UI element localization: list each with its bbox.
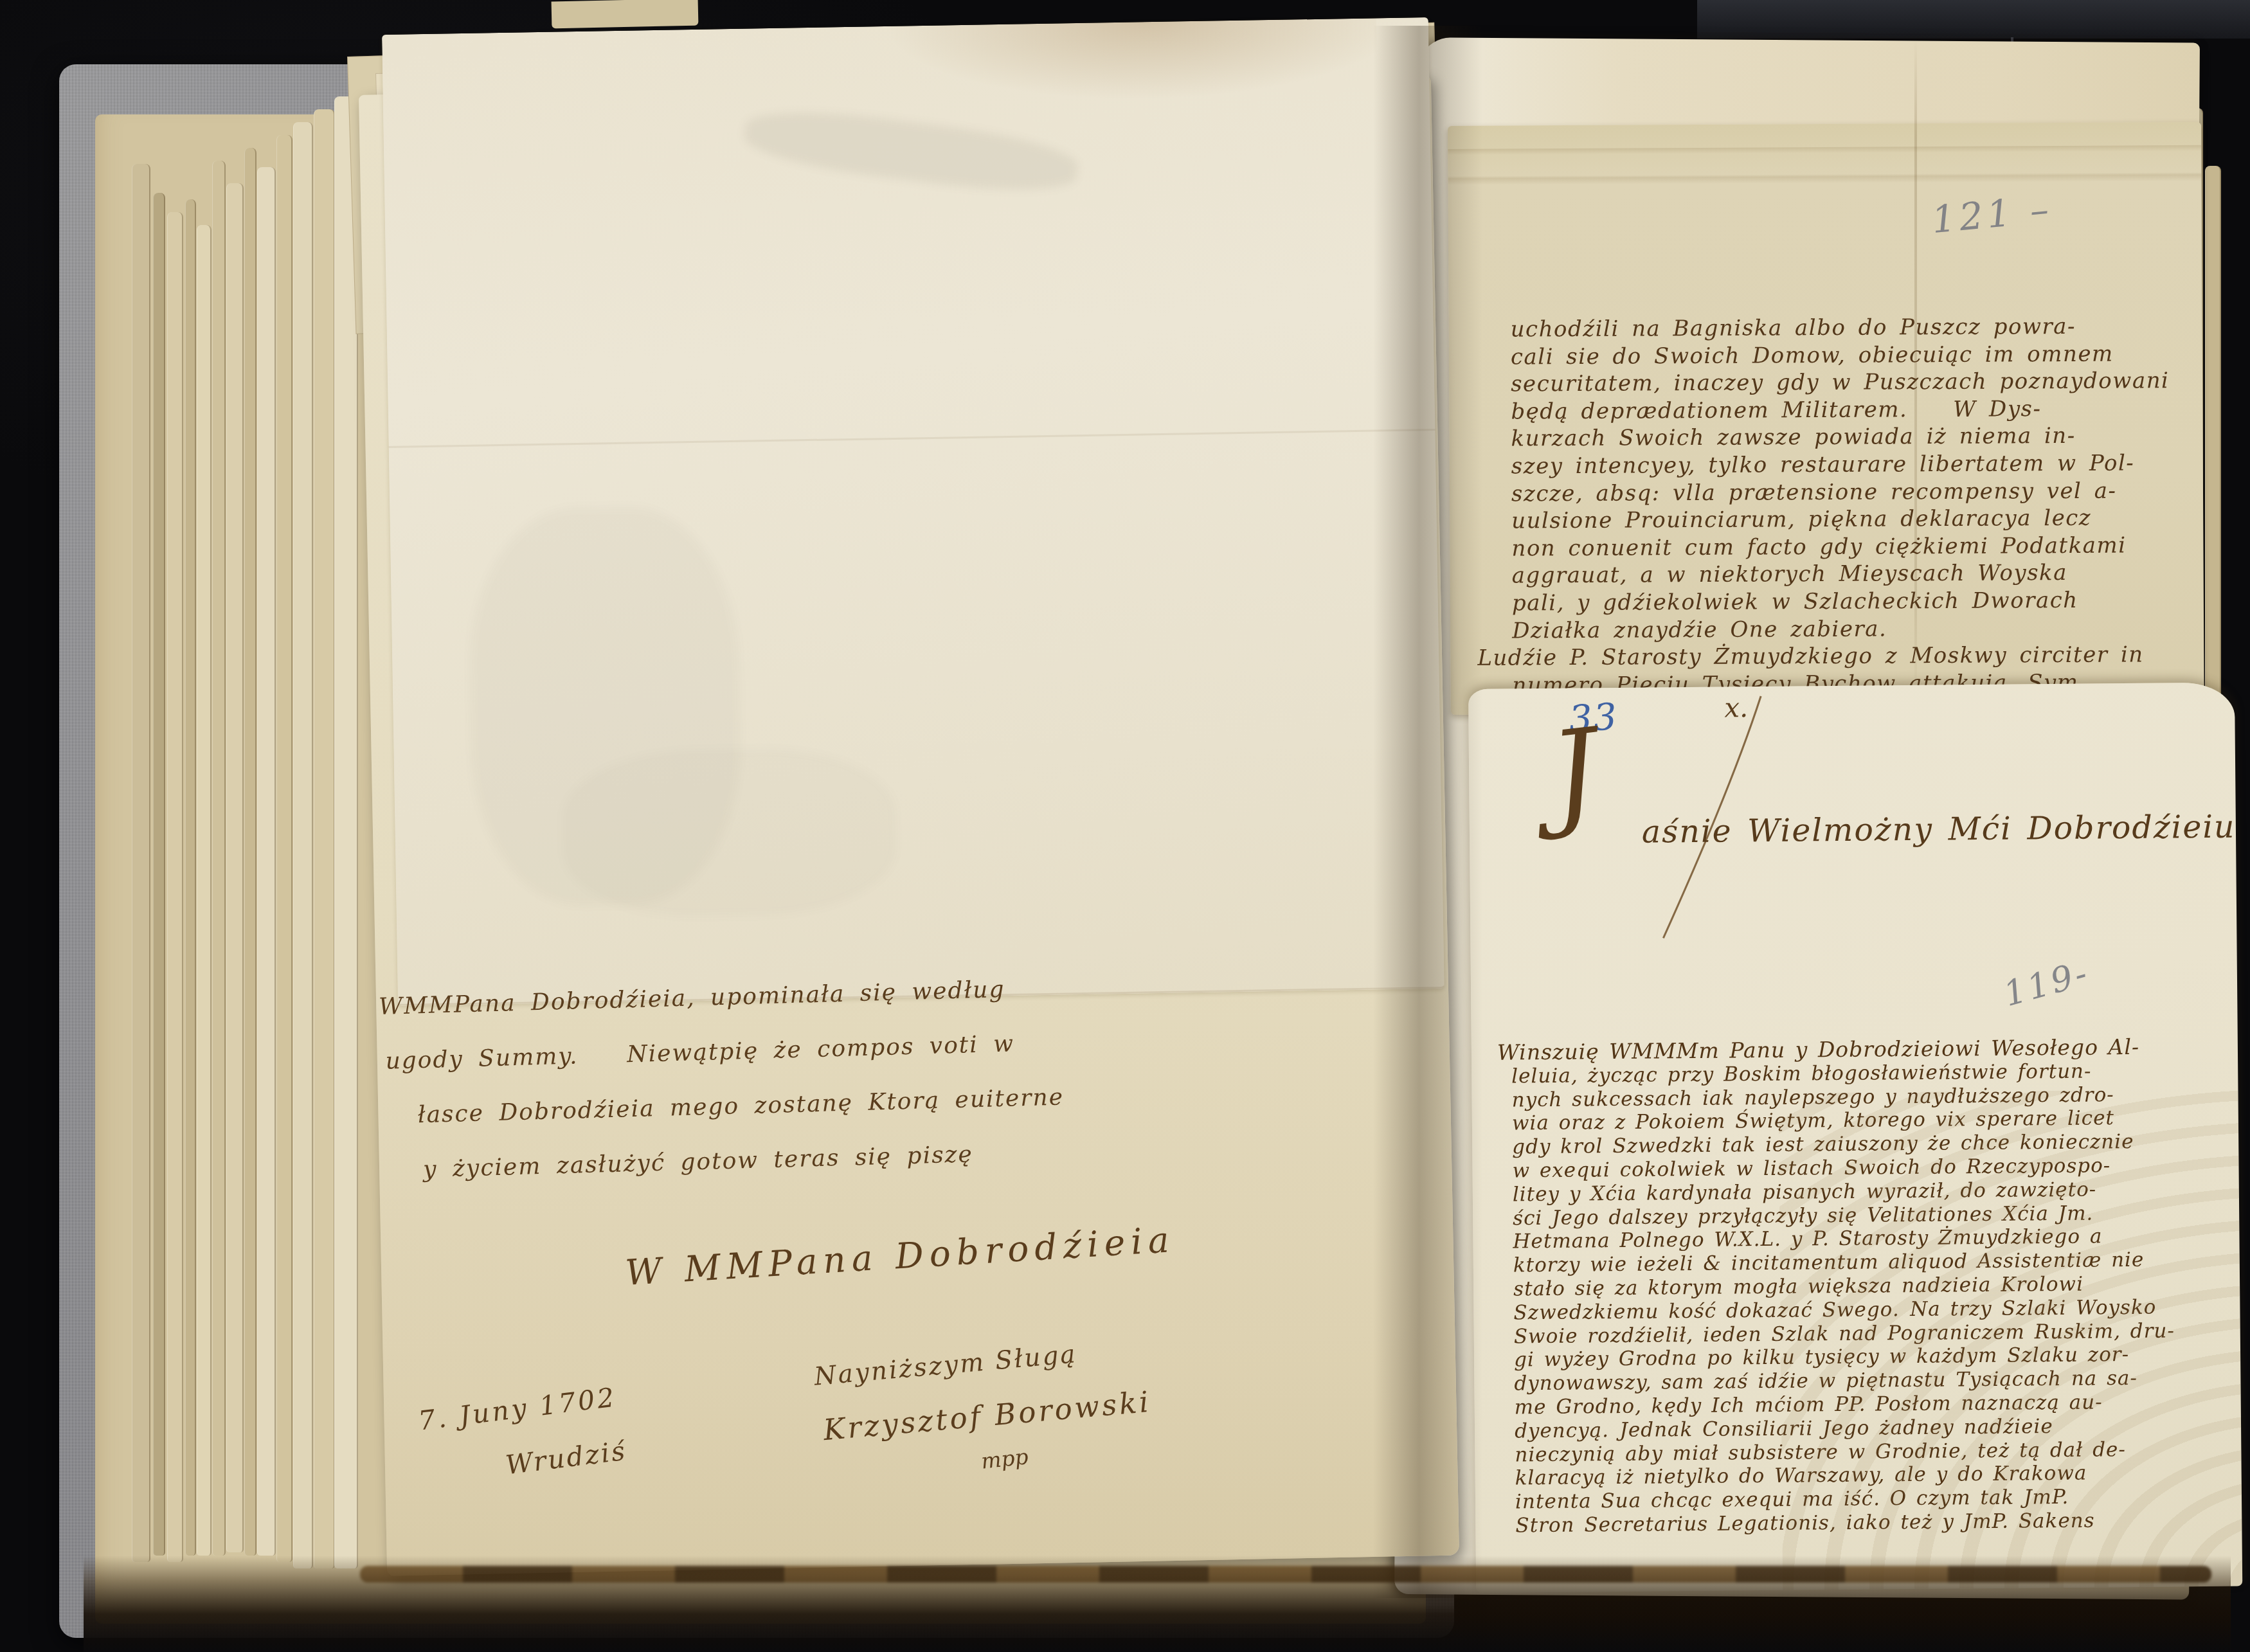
text-line: Działka znaydźie One zabiera. <box>1512 613 2193 644</box>
folio-number-pencil-top: 121 – <box>1930 187 2055 242</box>
text-line: pali, y gdźiekolwiek w Szlacheckich Dwor… <box>1512 586 2193 617</box>
page-edge <box>334 96 358 1568</box>
text-line: będą deprædationem Militarem. W Dys- <box>1511 395 2192 426</box>
folio-number-pencil-mid: 119- <box>1999 953 2093 1014</box>
photograph: 121 – uchodźili na Bagniska albo do Pusz… <box>0 0 2250 1652</box>
page-edge <box>276 135 292 1562</box>
report-text: uchodźili na Bagniska albo do Puszcz pow… <box>1511 312 2194 715</box>
handwritten-note: WMMPana Dobrodźieia, upominała się wedłu… <box>378 961 1052 1198</box>
book-bottom-shadow <box>84 1556 2231 1652</box>
fold-crease <box>1914 39 1917 701</box>
letter-heading: aśnie Wielmożny Mći Dobrodźieiu. <box>1642 808 2243 850</box>
text-line: wia oraz z Pokoiem Świętym, ktorego vix … <box>1512 1106 2219 1135</box>
page-corner <box>552 0 699 28</box>
page-edge <box>293 122 313 1568</box>
page-edge <box>257 167 276 1556</box>
text-line: Hetmana Polnego W.X.L. y P. Starosty Żmu… <box>1513 1224 2220 1253</box>
signature-mark: mpp <box>980 1444 1029 1473</box>
page-edge <box>132 164 150 1562</box>
ink-bleed <box>742 102 1081 201</box>
text-line: szcze, absq: vlla prætensione recompensy… <box>1511 477 2193 508</box>
page-edge <box>244 148 256 1556</box>
text-line: kurzach Swoich zawsze powiada iż niema i… <box>1511 422 2192 453</box>
left-page-top-sheet <box>382 17 1444 1006</box>
page-edge <box>212 161 226 1556</box>
text-line: uulsione Prouinciarum, piękna deklaracya… <box>1511 504 2193 535</box>
text-line: Ludźie P. Starosty Żmuydzkiego z Moskwy … <box>1477 641 2193 672</box>
text-line: szey intencyey, tylko restaurare liberta… <box>1511 449 2193 480</box>
background-shelf-edge <box>1697 0 2250 39</box>
text-line: aggrauat, a w niektorych Mieyscach Woysk… <box>1512 559 2193 589</box>
page-edge <box>185 199 196 1556</box>
page-edge <box>314 109 335 1568</box>
gutter-shadow <box>1373 26 1482 1598</box>
page-edge <box>226 183 244 1552</box>
page-edge <box>197 225 212 1556</box>
letter-text: Winszuię WMMMm Panu y Dobrodzieiowi Weso… <box>1511 1035 2223 1538</box>
report-sheet: 121 – uchodźili na Bagniska albo do Pusz… <box>1448 122 2204 715</box>
ink-mark-x: x. <box>1724 692 1748 723</box>
ink-bleed <box>561 746 898 919</box>
page-edge <box>167 212 183 1562</box>
text-line: cali sie do Swoich Domow, obiecuiąc im o… <box>1511 340 2192 371</box>
page-edge <box>153 193 165 1556</box>
text-line: uchodźili na Bagniska albo do Puszcz pow… <box>1511 312 2192 343</box>
letter-sheet: 33 x. J aśnie Wielmożny Mći Dobrodźieiu.… <box>1468 683 2242 1593</box>
text-line: securitatem, inaczey gdy w Puszczach poz… <box>1511 367 2192 398</box>
text-line: non conuenit cum facto gdy ciężkiemi Pod… <box>1511 532 2193 562</box>
